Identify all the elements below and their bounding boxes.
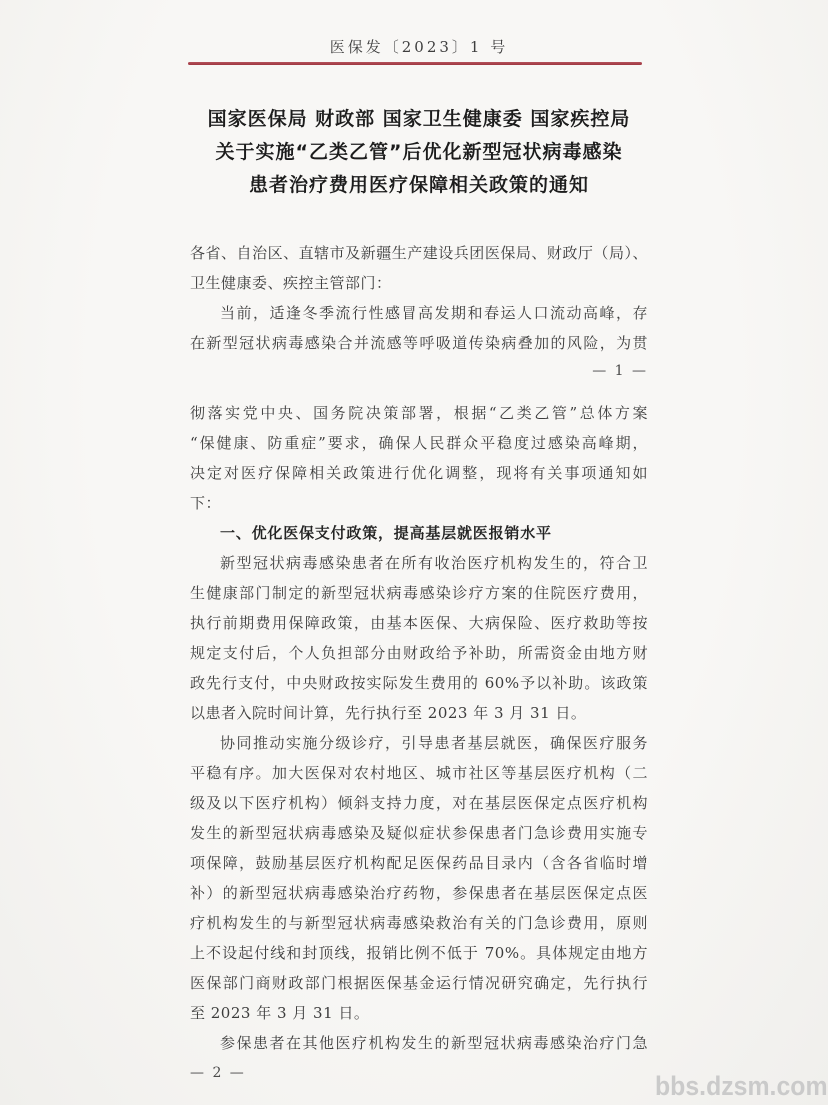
- text-line: 发生的新型冠状病毒感染及疑似症状参保患者门急诊费用实施专: [190, 818, 648, 848]
- text-line: 彻落实党中央、国务院决策部署，根据“乙类乙管”总体方案: [190, 398, 648, 428]
- text-line: “保健康、防重症”要求，确保人民群众平稳度过感染高峰期，: [190, 428, 648, 458]
- text-line: 上不设起付线和封顶线，报销比例不低于 70%。具体规定由地方: [190, 938, 648, 968]
- title-line: 关于实施“乙类乙管”后优化新型冠状病毒感染: [155, 136, 683, 169]
- section-heading: 一、优化医保支付政策，提高基层就医报销水平: [190, 518, 648, 548]
- text-line: 至 2023 年 3 月 31 日。: [190, 998, 648, 1028]
- text-line: 级及以下医疗机构）倾斜支持力度，对在基层医保定点医疗机构: [190, 788, 648, 818]
- text-line: 协同推动实施分级诊疗，引导患者基层就医，确保医疗服务: [190, 728, 648, 758]
- text-line: 生健康部门制定的新型冠状病毒感染诊疗方案的住院医疗费用，: [190, 578, 648, 608]
- text-line: 新型冠状病毒感染患者在所有收治医疗机构发生的，符合卫: [190, 548, 648, 578]
- text-line: 参保患者在其他医疗机构发生的新型冠状病毒感染治疗门急: [190, 1028, 648, 1058]
- text-line: 平稳有序。加大医保对农村地区、城市社区等基层医疗机构（二: [190, 758, 648, 788]
- text-line: 疗机构发生的与新型冠状病毒感染救治有关的门急诊费用，原则: [190, 908, 648, 938]
- document-title: 国家医保局 财政部 国家卫生健康委 国家疾控局 关于实施“乙类乙管”后优化新型冠…: [155, 103, 683, 202]
- page2-body: 彻落实党中央、国务院决策部署，根据“乙类乙管”总体方案“保健康、防重症”要求，确…: [190, 398, 648, 1058]
- text-line: 项保障，鼓励基层医疗机构配足医保药品目录内（含各省临时增: [190, 848, 648, 878]
- text-line: 以患者入院时间计算，先行执行至 2023 年 3 月 31 日。: [190, 698, 648, 728]
- text-line: 决定对医疗保障相关政策进行优化调整，现将有关事项通知如: [190, 458, 648, 488]
- text-line: 卫生健康委、疾控主管部门：: [190, 268, 648, 298]
- text-line: 各省、自治区、直辖市及新疆生产建设兵团医保局、财政厅（局）、: [190, 238, 648, 268]
- red-divider-line: [188, 62, 642, 65]
- text-line: 在新型冠状病毒感染合并流感等呼吸道传染病叠加的风险，为贯: [190, 328, 648, 358]
- watermark: bbs.dzsm.com: [655, 1071, 828, 1102]
- doc-number: 医保发〔2023〕1 号: [190, 36, 648, 57]
- text-line: 规定支付后，个人负担部分由财政给予补助，所需资金由地方财: [190, 638, 648, 668]
- page1-body: 各省、自治区、直辖市及新疆生产建设兵团医保局、财政厅（局）、卫生健康委、疾控主管…: [190, 238, 648, 358]
- page1-number: — 1 —: [190, 356, 648, 386]
- text-line: 当前，适逢冬季流行性感冒高发期和春运人口流动高峰，存: [190, 298, 648, 328]
- text-line: 下：: [190, 488, 648, 518]
- text-line: 执行前期费用保障政策，由基本医保、大病保险、医疗救助等按: [190, 608, 648, 638]
- document-page: 医保发〔2023〕1 号 国家医保局 财政部 国家卫生健康委 国家疾控局 关于实…: [0, 0, 828, 1105]
- text-line: 政先行支付，中央财政按实际发生费用的 60%予以补助。该政策: [190, 668, 648, 698]
- title-line: 国家医保局 财政部 国家卫生健康委 国家疾控局: [155, 103, 683, 136]
- text-line: 补）的新型冠状病毒感染治疗药物，参保患者在基层医保定点医: [190, 878, 648, 908]
- text-line: 医保部门商财政部门根据医保基金运行情况研究确定，先行执行: [190, 968, 648, 998]
- page2-number: — 2 —: [190, 1058, 648, 1088]
- title-line: 患者治疗费用医疗保障相关政策的通知: [155, 169, 683, 202]
